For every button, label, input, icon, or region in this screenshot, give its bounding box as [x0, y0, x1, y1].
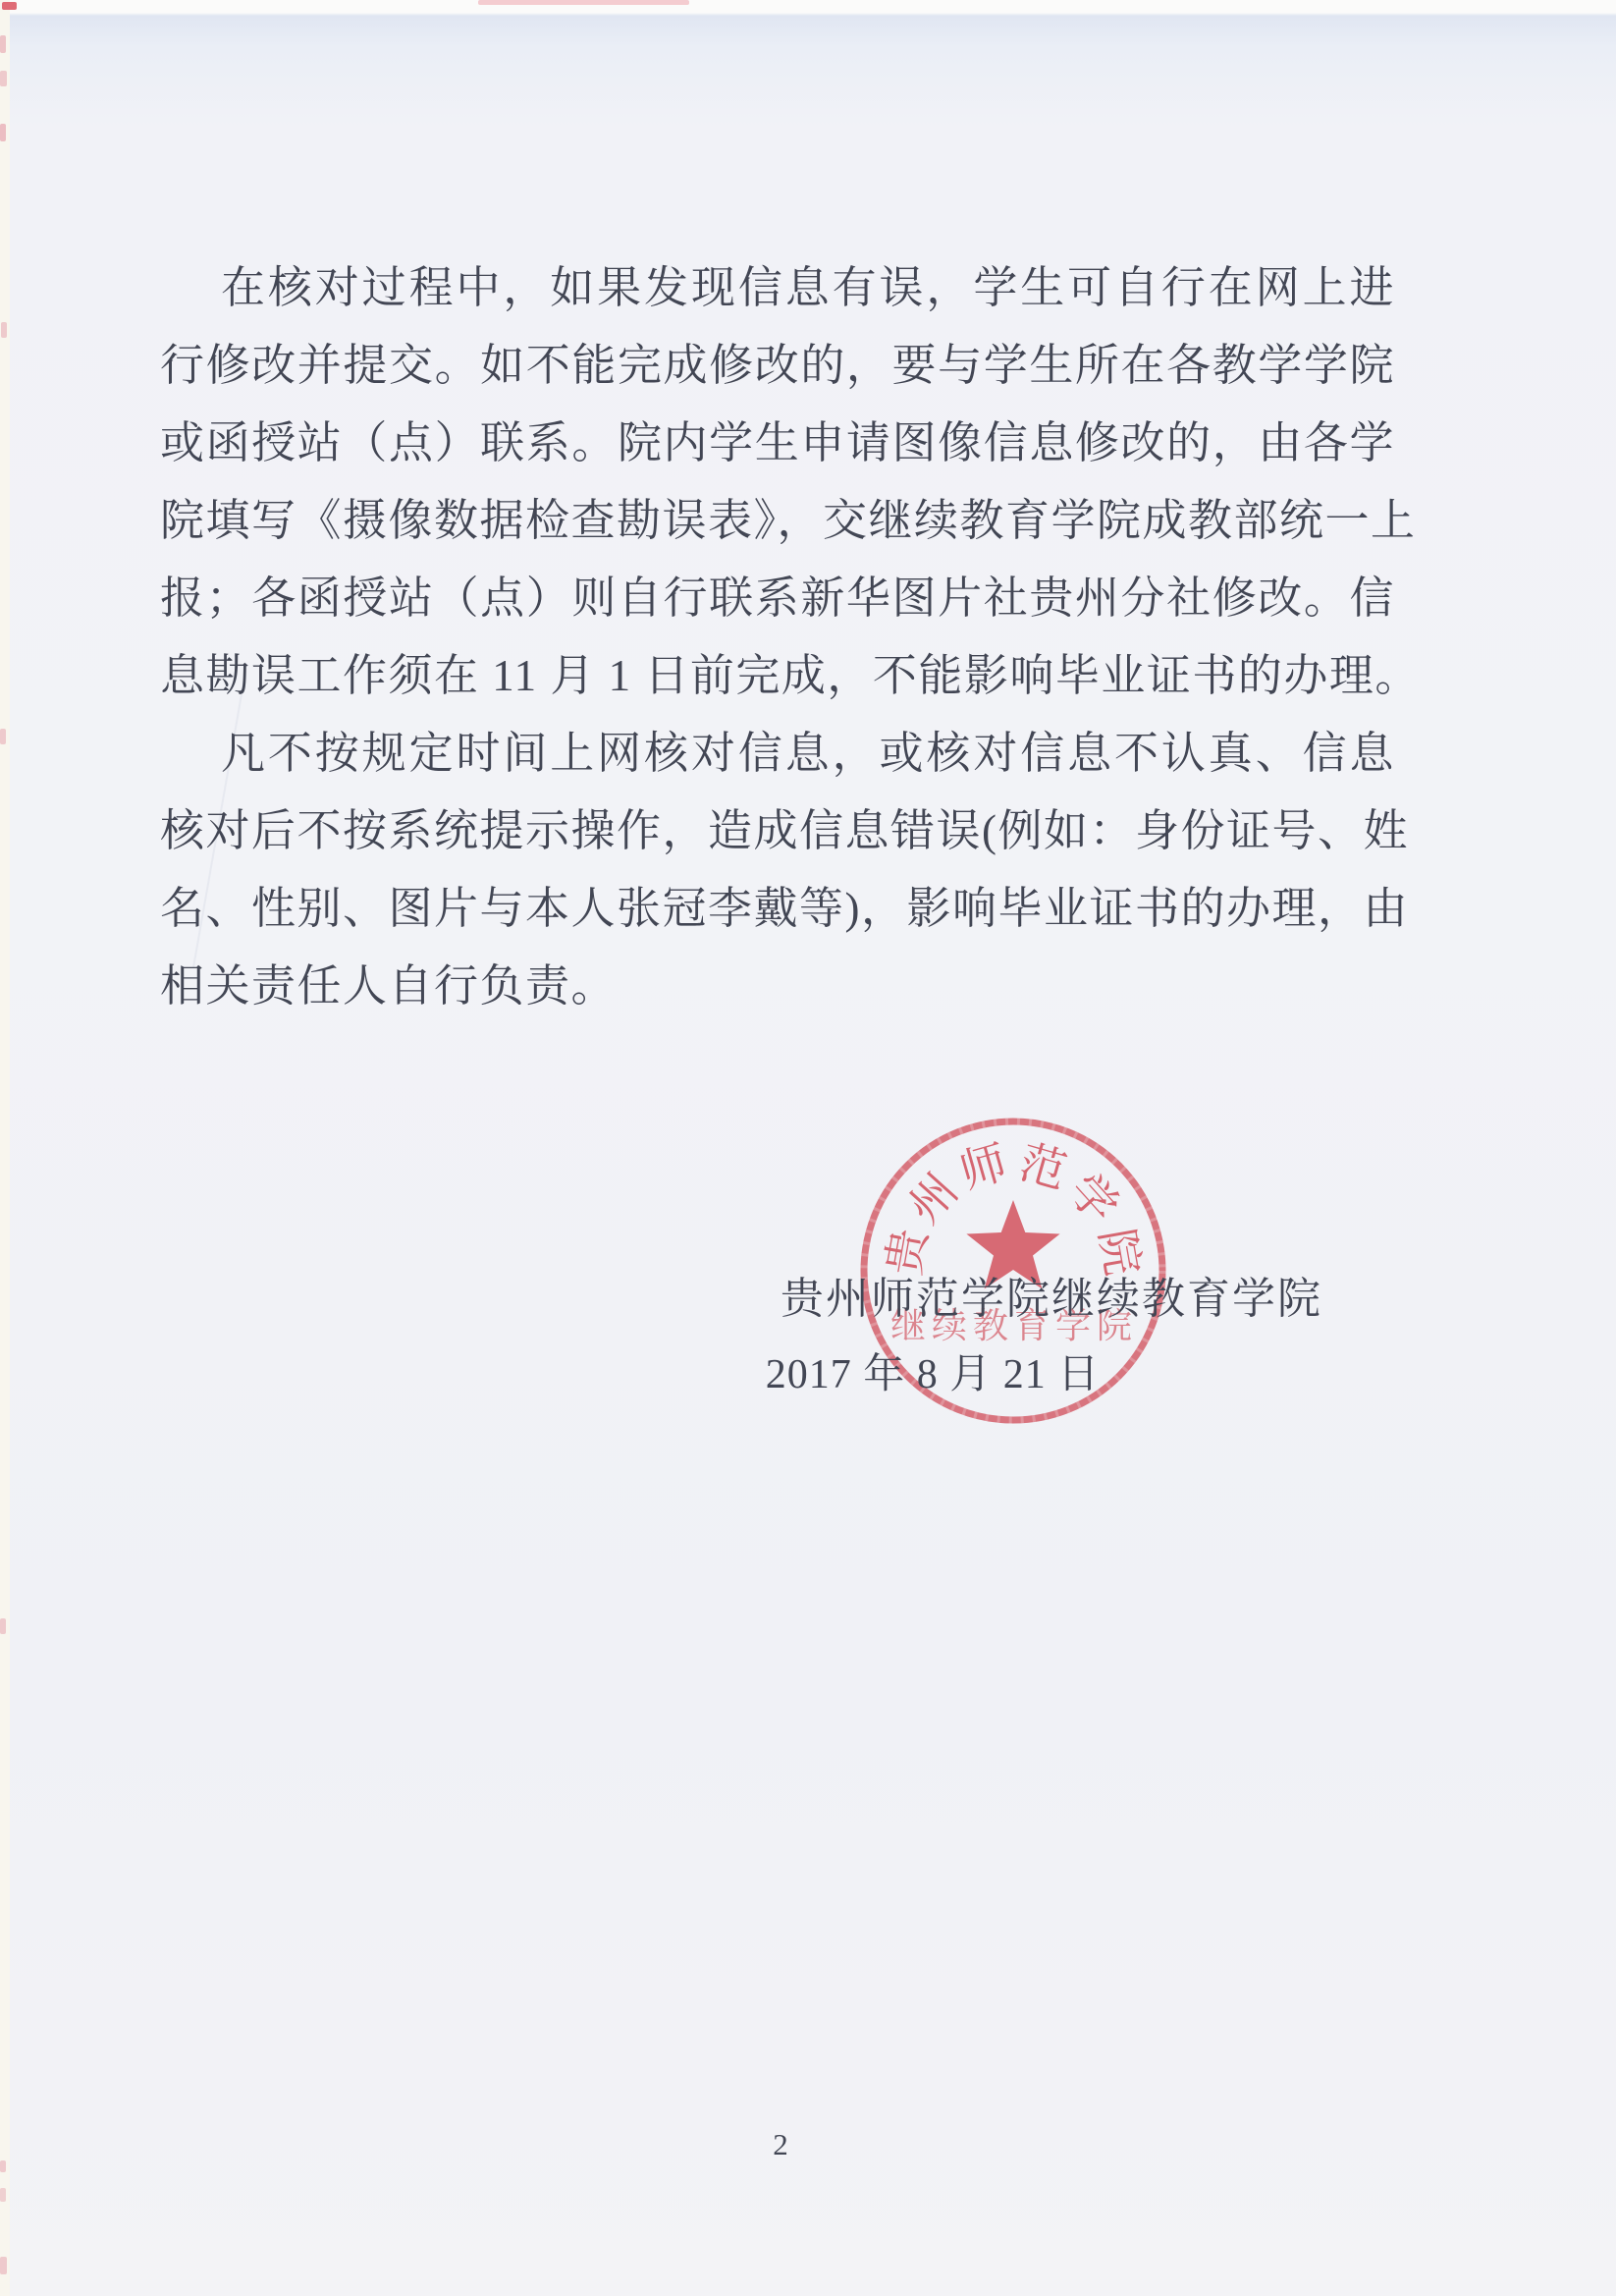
body-text-line: 报；各函授站（点）则自行联系新华图片社贵州分社修改。信 [160, 560, 1395, 637]
signature-date: 2017 年 8 月 21 日 [638, 1341, 1227, 1400]
seal-arc-char: 州 [899, 1165, 968, 1233]
body-text-line: 名、性别、图片与本人张冠李戴等)，影响毕业证书的办理，由 [160, 870, 1395, 948]
scan-artifact [0, 124, 6, 141]
body-text-line: 相关责任人自行负责。 [160, 948, 1395, 1025]
scan-artifact [0, 2257, 7, 2274]
scanner-edge-strip [0, 0, 10, 2296]
body-text-line: 行修改并提交。如不能完成修改的，要与学生所在各教学学院 [160, 327, 1395, 405]
scan-artifact [0, 729, 6, 744]
body-text-line: 息勘误工作须在 11 月 1 日前完成，不能影响毕业证书的办理。 [160, 637, 1395, 715]
body-text-line: 或函授站（点）联系。院内学生申请图像信息修改的，由各学 [160, 405, 1395, 482]
body-text-line: 在核对过程中，如果发现信息有误，学生可自行在网上进 [160, 249, 1395, 327]
seal-arc-char: 范 [1013, 1137, 1072, 1199]
body-text-line: 凡不按规定时间上网核对信息，或核对信息不认真、信息 [160, 715, 1395, 793]
body-text-line: 院填写《摄像数据检查勘误表》，交继续教育学院成教部统一上 [160, 482, 1395, 560]
body-text-line: 核对后不按系统提示操作，造成信息错误(例如：身份证号、姓 [160, 793, 1395, 870]
seal-arc-char: 师 [954, 1137, 1013, 1199]
scanned-document-page: 贵 州 师 范 学 院 继续教育学院 在核对过程中，如果发现信息有误，学生可自行… [0, 0, 1616, 2296]
scan-artifact [478, 0, 689, 5]
signature-org-name: 贵州师范学院继续教育学院 [727, 1263, 1375, 1326]
scan-artifact [2, 2, 17, 10]
scan-artifact [0, 35, 6, 53]
document-body: 在核对过程中，如果发现信息有误，学生可自行在网上进 行修改并提交。如不能完成修改… [160, 249, 1395, 1025]
scan-artifact [0, 2160, 6, 2172]
seal-arc-char: 学 [1058, 1165, 1127, 1233]
scan-artifact [1, 322, 7, 338]
page-number: 2 [756, 2127, 805, 2162]
scan-artifact [0, 71, 7, 86]
scan-artifact [0, 2188, 6, 2202]
scan-artifact [0, 1618, 6, 1634]
